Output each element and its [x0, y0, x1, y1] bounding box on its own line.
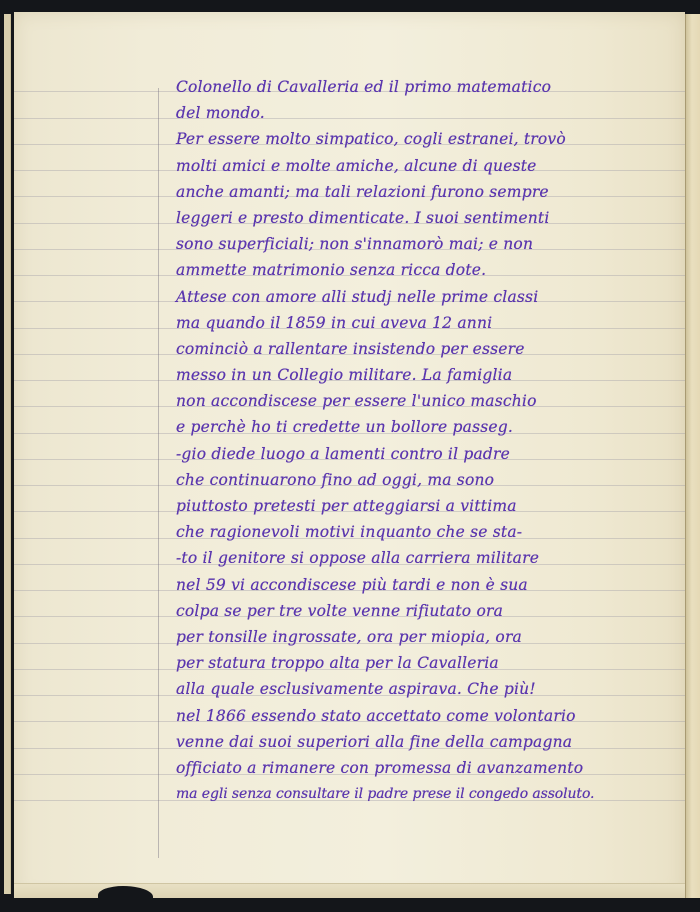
text-line: Per essere molto simpatico, cogli estran…	[176, 126, 696, 152]
text-line: anche amanti; ma tali relazioni furono s…	[176, 179, 696, 205]
text-line: molti amici e molte amiche, alcune di qu…	[176, 153, 696, 179]
text-line: alla quale esclusivamente aspirava. Che …	[176, 676, 696, 702]
text-line: che ragionevoli motivi inquanto che se s…	[176, 519, 696, 545]
text-line: venne dai suoi superiori alla fine della…	[176, 729, 696, 755]
text-line: leggeri e presto dimenticate. I suoi sen…	[176, 205, 696, 231]
text-line: -gio diede luogo a lamenti contro il pad…	[176, 441, 696, 467]
text-line: ma egli senza consultare il padre prese …	[176, 781, 696, 807]
text-line: piuttosto pretesti per atteggiarsi a vit…	[176, 493, 696, 519]
text-line: sono superficiali; non s'innamorò mai; e…	[176, 231, 696, 257]
manuscript-page: Colonello di Cavalleria ed il primo mate…	[14, 12, 685, 898]
text-line: per tonsille ingrossate, ora per miopia,…	[176, 624, 696, 650]
handwritten-text: Colonello di Cavalleria ed il primo mate…	[176, 74, 696, 807]
text-line: nel 1866 essendo stato accettato come vo…	[176, 703, 696, 729]
text-line: -to il genitore si oppose alla carriera …	[176, 545, 696, 571]
text-line: ammette matrimonio senza ricca dote.	[176, 257, 696, 283]
text-line: e perchè ho ti credette un bollore passe…	[176, 414, 696, 440]
text-line: nel 59 vi accondiscese più tardi e non è…	[176, 572, 696, 598]
paper-tear	[98, 886, 153, 906]
text-line: del mondo.	[176, 100, 696, 126]
text-line: per statura troppo alta per la Cavalleri…	[176, 650, 696, 676]
text-line: che continuarono fino ad oggi, ma sono	[176, 467, 696, 493]
margin-line	[158, 88, 159, 858]
text-line: Colonello di Cavalleria ed il primo mate…	[176, 74, 696, 100]
text-line: Attese con amore alli studj nelle prime …	[176, 284, 696, 310]
text-line: messo in un Collegio militare. La famigl…	[176, 362, 696, 388]
text-line: colpa se per tre volte venne rifiutato o…	[176, 598, 696, 624]
text-line: cominciò a rallentare insistendo per ess…	[176, 336, 696, 362]
text-line: ma quando il 1859 in cui aveva 12 anni	[176, 310, 696, 336]
text-line: officiato a rimanere con promessa di ava…	[176, 755, 696, 781]
page-fold-edge	[4, 14, 11, 894]
text-line: non accondiscese per essere l'unico masc…	[176, 388, 696, 414]
adjacent-page-edge	[685, 14, 700, 898]
